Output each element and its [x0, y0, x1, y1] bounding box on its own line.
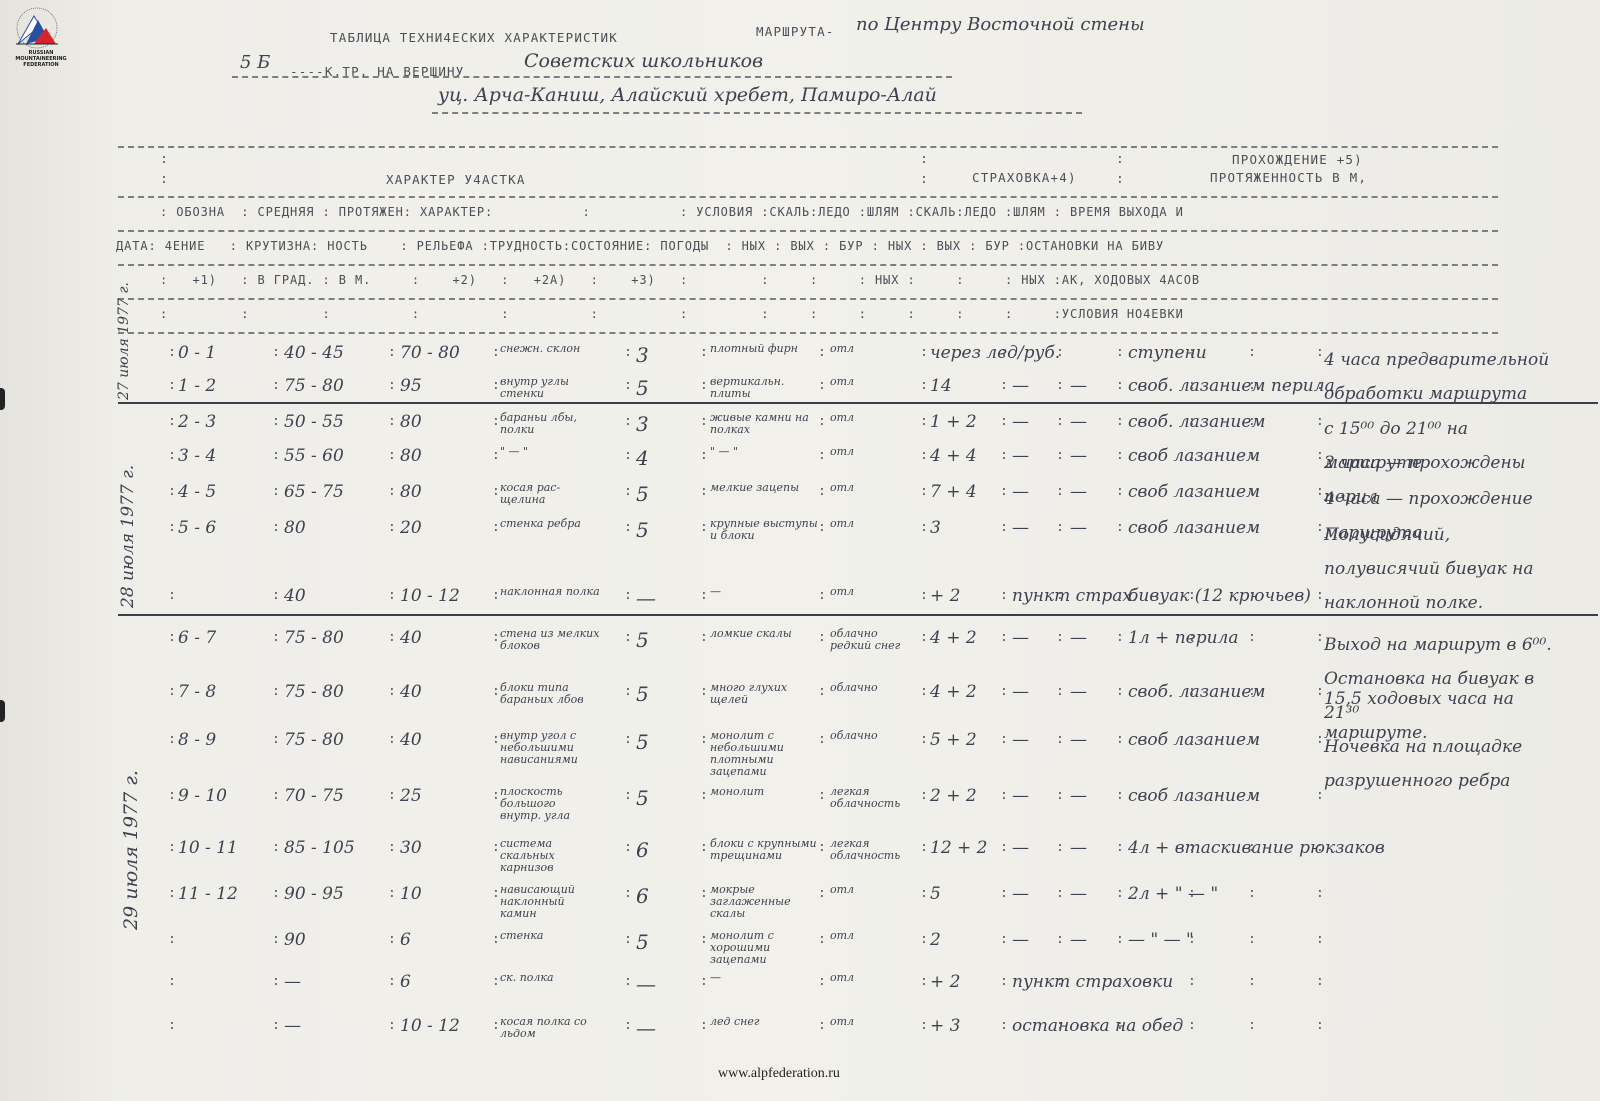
- cell-grade: 5: [636, 682, 649, 706]
- divider: [118, 264, 1498, 266]
- column-separator: :: [920, 414, 928, 429]
- column-separator: :: [1056, 345, 1064, 360]
- column-separator: :: [1188, 788, 1196, 803]
- cell-length: 70 - 80: [400, 343, 460, 363]
- column-separator: :: [700, 840, 708, 855]
- cell-state: монолит с небольшими плотными зацепами: [710, 730, 818, 778]
- cell-belay-ice: —: [1012, 682, 1029, 702]
- column-separator: :: [1056, 732, 1064, 747]
- column-separator: :: [272, 630, 280, 645]
- column-separator: :: [168, 630, 176, 645]
- cell-weather: отл: [830, 884, 920, 896]
- column-separator: :: [624, 448, 632, 463]
- cell-relief: косая полка со льдом: [500, 1016, 600, 1040]
- column-separator: :: [1000, 932, 1008, 947]
- column-separator: :: [1316, 588, 1324, 603]
- column-separator: :: [624, 630, 632, 645]
- cell-belay-ice: —: [1012, 730, 1029, 750]
- column-separator: :: [700, 684, 708, 699]
- column-separator: :: [624, 520, 632, 535]
- column-separator: :: [920, 520, 928, 535]
- cell-pass-rock: бивуак (12 крючьев): [1128, 586, 1311, 606]
- cell-angle: —: [284, 1016, 301, 1036]
- column-separator: :: [920, 378, 928, 393]
- cell-weather: облачно: [830, 682, 920, 694]
- column-separator: :: [700, 732, 708, 747]
- cell-seg: 8 - 9: [178, 730, 216, 750]
- cell-pass-rock: своб. лазанием: [1128, 682, 1266, 702]
- column-separator: :: [1000, 448, 1008, 463]
- cell-grade: 6: [636, 838, 649, 862]
- cell-weather: легкая облачность: [830, 786, 920, 810]
- cell-belay-rock: 12 + 2: [930, 838, 988, 858]
- column-separator: :: [1000, 520, 1008, 535]
- cell-belay-rock: 2: [930, 930, 941, 950]
- column-separator: :: [920, 588, 928, 603]
- cell-weather: отл: [830, 482, 920, 494]
- column-separator: :: [1188, 448, 1196, 463]
- column-separator: :: [624, 886, 632, 901]
- cell-relief: " — ": [500, 446, 600, 458]
- cell-seg: 1 - 2: [178, 376, 216, 396]
- column-separator: :: [1116, 684, 1124, 699]
- column-separator: :: [1316, 840, 1324, 855]
- column-separator: :: [818, 630, 826, 645]
- column-separator: :: [1056, 378, 1064, 393]
- column-separator: :: [272, 732, 280, 747]
- cell-relief: ск. полка: [500, 972, 600, 984]
- cell-relief: блоки типа бараньих лбов: [500, 682, 600, 706]
- cell-length: 80: [400, 412, 422, 432]
- cell-grade: 3: [636, 343, 649, 367]
- cell-grade: 5: [636, 376, 649, 400]
- column-separator: :: [1000, 484, 1008, 499]
- column-separator: :: [492, 840, 500, 855]
- cell-pass-rock: своб. лазанием: [1128, 412, 1266, 432]
- cell-belay-rock: 4 + 4: [930, 446, 977, 466]
- cell-grade: —: [636, 586, 656, 610]
- column-separator: :: [1056, 484, 1064, 499]
- column-separator: :: [624, 345, 632, 360]
- column-separator: :: [818, 484, 826, 499]
- column-separator: :: [818, 345, 826, 360]
- column-separator: :: [1248, 732, 1256, 747]
- column-separator: :: [700, 345, 708, 360]
- peak-value: Советских школьников: [524, 50, 763, 72]
- column-separator: :: [1116, 630, 1124, 645]
- cell-grade: —: [636, 972, 656, 996]
- cell-belay-ice: —: [1012, 376, 1029, 396]
- cell-grade: —: [636, 1016, 656, 1040]
- cell-belay-ice: —: [1012, 628, 1029, 648]
- cell-length: 95: [400, 376, 422, 396]
- cell-relief: внутр угол с небольшими нависаниями: [500, 730, 600, 766]
- column-separator: :: [1248, 630, 1256, 645]
- binder-hole: [0, 388, 5, 410]
- column-separator: :: [700, 932, 708, 947]
- column-separator: :: [168, 345, 176, 360]
- cell-belay-rock: 5: [930, 884, 941, 904]
- column-separator: :: [1248, 684, 1256, 699]
- cell-belay-ice: —: [1012, 482, 1029, 502]
- underline: [432, 112, 1082, 114]
- column-separator: :: [1316, 932, 1324, 947]
- column-separator: :: [920, 932, 928, 947]
- cell-belay-rock: через лед/руб.: [930, 343, 1060, 363]
- column-separator: :: [1116, 414, 1124, 429]
- column-separator: :: [920, 974, 928, 989]
- header-row-3: : +1) : В ГРАД. : В М. : +2) : +2А) : +3…: [160, 273, 1200, 287]
- cell-grade: 5: [636, 482, 649, 506]
- cell-belay-bolt: —: [1070, 786, 1087, 806]
- column-separator: :: [1116, 378, 1124, 393]
- column-separator: :: [1248, 840, 1256, 855]
- day-label: 28 июля 1977 г.: [118, 465, 138, 608]
- cell-length: 80: [400, 482, 422, 502]
- cell-angle: 90 - 95: [284, 884, 344, 904]
- header-group-passage-2: ПРОТЯЖЕННОСТЬ В М,: [1210, 170, 1367, 185]
- column-separator: :: [492, 788, 500, 803]
- column-separator: :: [1116, 974, 1124, 989]
- cell-belay-bolt: —: [1070, 446, 1087, 466]
- cell-seg: 5 - 6: [178, 518, 216, 538]
- cell-length: 40: [400, 628, 422, 648]
- cell-length: 25: [400, 786, 422, 806]
- column-separator: :: [1248, 378, 1256, 393]
- column-separator: :: [1316, 974, 1324, 989]
- cell-belay-ice: —: [1012, 518, 1029, 538]
- cell-seg: 7 - 8: [178, 682, 216, 702]
- cell-angle: 80: [284, 518, 306, 538]
- column-separator: :: [624, 974, 632, 989]
- cell-belay-ice: —: [1012, 838, 1029, 858]
- column-separator: :: [168, 886, 176, 901]
- column-separator: :: [388, 840, 396, 855]
- column-separator: :: [1316, 484, 1324, 499]
- column-separator: :: [388, 414, 396, 429]
- column-separator: :: [700, 788, 708, 803]
- cell-belay-ice: —: [1012, 786, 1029, 806]
- column-separator: :: [492, 630, 500, 645]
- cell-state: монолит: [710, 786, 818, 798]
- column-separator: :: [1316, 684, 1324, 699]
- cell-seg: 3 - 4: [178, 446, 216, 466]
- column-separator: :: [1188, 932, 1196, 947]
- column-separator: :: [1000, 588, 1008, 603]
- cell-belay-bolt: —: [1070, 376, 1087, 396]
- header-group-character: ХАРАКТЕР У4АСТКА: [386, 172, 526, 187]
- column-separator: :: [700, 414, 708, 429]
- column-separator: :: [272, 484, 280, 499]
- route-label: МАРШРУТА-: [756, 24, 835, 39]
- column-separator: :: [168, 788, 176, 803]
- column-separator: :: [1188, 630, 1196, 645]
- column-separator: :: [818, 414, 826, 429]
- column-separator: :: [168, 932, 176, 947]
- cell-length: 10 - 12: [400, 586, 460, 606]
- column-separator: :: [388, 974, 396, 989]
- column-separator: :: [168, 520, 176, 535]
- column-separator: :: [624, 732, 632, 747]
- column-separator: :: [700, 630, 708, 645]
- column-separator: :: [1056, 788, 1064, 803]
- column-separator: :: [920, 448, 928, 463]
- column-separator: :: [1116, 484, 1124, 499]
- divider: [118, 298, 1498, 300]
- divider: [118, 230, 1498, 232]
- column-separator: :: [1248, 1018, 1256, 1033]
- cell-angle: 90: [284, 930, 306, 950]
- column-separator: :: [492, 520, 500, 535]
- column-separator: :: [1316, 732, 1324, 747]
- column-separator: :: [1248, 974, 1256, 989]
- column-separator: :: [388, 886, 396, 901]
- cell-belay-bolt: —: [1070, 482, 1087, 502]
- column-separator: :: [1000, 974, 1008, 989]
- cell-grade: 5: [636, 930, 649, 954]
- column-separator: :: [1248, 886, 1256, 901]
- column-separator: :: [1056, 414, 1064, 429]
- column-separator: :: [818, 974, 826, 989]
- column-separator: :: [624, 840, 632, 855]
- column-separator: :: [1056, 932, 1064, 947]
- column-separator: :: [700, 378, 708, 393]
- cell-notes: Полусидячий, полувисячий бивуак на накло…: [1324, 518, 1564, 620]
- cell-belay-ice: —: [1012, 884, 1029, 904]
- column-separator: :: [1316, 886, 1324, 901]
- underline: [232, 76, 952, 78]
- column-separator: :: [492, 732, 500, 747]
- cell-angle: 75 - 80: [284, 682, 344, 702]
- cell-state: лед снег: [710, 1016, 818, 1028]
- cell-belay-bolt: —: [1070, 930, 1087, 950]
- cell-length: 40: [400, 682, 422, 702]
- cell-seg: 4 - 5: [178, 482, 216, 502]
- cell-length: 30: [400, 838, 422, 858]
- cell-seg: 0 - 1: [178, 343, 216, 363]
- cell-angle: 40: [284, 586, 306, 606]
- cell-weather: отл: [830, 446, 920, 458]
- header-row-2: ДАТА: 4ЕНИЕ : КРУТИЗНА: НОСТЬ : РЕЛЬЕФА …: [116, 239, 1164, 253]
- column-separator: :: [1000, 788, 1008, 803]
- column-separator: :: [388, 1018, 396, 1033]
- column-separator: :: [700, 520, 708, 535]
- column-separator: :: [388, 732, 396, 747]
- cell-weather: отл: [830, 586, 920, 598]
- cell-angle: 40 - 45: [284, 343, 344, 363]
- column-separator: :: [818, 684, 826, 699]
- column-separator: :: [1188, 886, 1196, 901]
- cell-belay-bolt: —: [1070, 838, 1087, 858]
- column-separator: :: [700, 588, 708, 603]
- column-separator: :: [272, 588, 280, 603]
- cell-weather: отл: [830, 412, 920, 424]
- column-separator: :: [818, 448, 826, 463]
- cell-belay-rock: 14: [930, 376, 952, 396]
- document-title: ТАБЛИЦА ТЕХНИ4ЕСКИХ ХАРАКТЕРИСТИК: [330, 30, 618, 45]
- column-separator: :: [492, 378, 500, 393]
- column-separator: :: [492, 684, 500, 699]
- column-separator: :: [1248, 788, 1256, 803]
- binder-hole: [0, 700, 5, 722]
- cell-relief: снежн. склон: [500, 343, 600, 355]
- cell-relief: стенка: [500, 930, 600, 942]
- column-separator: :: [272, 932, 280, 947]
- column-separator: :: [1188, 684, 1196, 699]
- column-separator: :: [1248, 520, 1256, 535]
- cell-weather: отл: [830, 930, 920, 942]
- cell-belay-rock: 7 + 4: [930, 482, 977, 502]
- header-row-4: : : : : : : : : : : : : : :УСЛОВИЯ НО4ЕВ…: [160, 307, 1184, 321]
- column-separator: :: [388, 684, 396, 699]
- category-value: 5 Б: [240, 52, 270, 73]
- column-separator: :: [1056, 520, 1064, 535]
- column-separator: :: [624, 684, 632, 699]
- column-separator: :: [492, 932, 500, 947]
- column-separator: :: [1056, 840, 1064, 855]
- column-separator: :: [920, 630, 928, 645]
- cell-state: крупные выступы и блоки: [710, 518, 818, 542]
- cell-state: мелкие зацепы: [710, 482, 818, 494]
- cell-weather: отл: [830, 376, 920, 388]
- cell-angle: 55 - 60: [284, 446, 344, 466]
- column-separator: :: [492, 1018, 500, 1033]
- column-separator: :: [920, 840, 928, 855]
- column-separator: :: [624, 932, 632, 947]
- cell-belay-ice: —: [1012, 446, 1029, 466]
- column-separator: :: [168, 448, 176, 463]
- column-separator: :: [920, 732, 928, 747]
- cell-belay-rock: 2 + 2: [930, 786, 977, 806]
- cell-relief: бараньи лбы, полки: [500, 412, 600, 436]
- column-separator: :: [388, 588, 396, 603]
- column-separator: :: [920, 886, 928, 901]
- cell-pass-rock: 2л + " — ": [1128, 884, 1218, 904]
- column-separator: :: [388, 448, 396, 463]
- cell-relief: стена из мелких блоков: [500, 628, 600, 652]
- column-separator: :: [920, 345, 928, 360]
- route-value: по Центру Восточной стены: [856, 14, 1145, 35]
- column-separator: :: [818, 520, 826, 535]
- cell-angle: 75 - 80: [284, 376, 344, 396]
- column-separator: :: [1248, 414, 1256, 429]
- column-separator: :: [1000, 378, 1008, 393]
- cell-grade: 5: [636, 518, 649, 542]
- column-separator: :: [1000, 684, 1008, 699]
- column-separator: :: [1316, 378, 1324, 393]
- cell-weather: отл: [830, 518, 920, 530]
- cell-pass-rock: — " — ": [1128, 930, 1194, 950]
- column-separator: :: [1188, 588, 1196, 603]
- cell-state: монолит с хорошими зацепами: [710, 930, 818, 966]
- column-separator: :: [818, 886, 826, 901]
- column-separator: :: [1056, 1018, 1064, 1033]
- column-separator: :: [168, 414, 176, 429]
- cell-relief: нависающий наклонный камин: [500, 884, 600, 920]
- cell-relief: плоскость большого внутр. угла: [500, 786, 600, 822]
- column-separator: :: [1116, 886, 1124, 901]
- column-separator: :: [1316, 520, 1324, 535]
- cell-weather: легкая облачность: [830, 838, 920, 862]
- column-separator: :: [1000, 840, 1008, 855]
- column-separator: :: [624, 484, 632, 499]
- column-separator: :: [624, 414, 632, 429]
- cell-relief: внутр углы стенки: [500, 376, 600, 400]
- column-separator: :: [818, 732, 826, 747]
- column-separator: :: [492, 588, 500, 603]
- column-separator: :: [1116, 448, 1124, 463]
- column-separator: :: [1316, 630, 1324, 645]
- cell-notes: Ночевка на площадке разрушенного ребра: [1324, 730, 1564, 798]
- cell-relief: система скальных карнизов: [500, 838, 600, 874]
- column-separator: :: [492, 886, 500, 901]
- column-separator: :: [272, 520, 280, 535]
- column-separator: :: [1000, 886, 1008, 901]
- cell-length: 6: [400, 972, 411, 992]
- federation-logo: RUSSIAN MOUNTAINEERING FEDERATION: [6, 6, 68, 68]
- column-separator: :: [388, 484, 396, 499]
- column-separator: :: [1056, 630, 1064, 645]
- column-separator: :: [818, 840, 826, 855]
- cell-belay-rock: 4 + 2: [930, 628, 977, 648]
- column-separator: :: [1248, 448, 1256, 463]
- cell-pass-rock: 4л + втаскивание рюкзаков: [1128, 838, 1385, 858]
- logo-line: FEDERATION: [6, 62, 76, 68]
- column-separator: :: [1000, 1018, 1008, 1033]
- column-separator: :: [272, 378, 280, 393]
- column-separator: :: [818, 932, 826, 947]
- column-separator: :: [1316, 345, 1324, 360]
- cell-state: —: [710, 972, 818, 984]
- column-separator: :: [272, 1018, 280, 1033]
- header-group-passage: ПРОХОЖДЕНИЕ +5): [1232, 152, 1363, 167]
- cell-belay-ice: пункт страховки: [1012, 972, 1173, 992]
- cell-weather: отл: [830, 972, 920, 984]
- column-separator: :: [1248, 588, 1256, 603]
- cell-length: 10: [400, 884, 422, 904]
- column-separator: :: [492, 484, 500, 499]
- cell-belay-rock: + 3: [930, 1016, 960, 1036]
- column-separator: :: [700, 1018, 708, 1033]
- column-separator: :: [1000, 732, 1008, 747]
- mountain-icon: [6, 6, 68, 50]
- column-separator: :: [1116, 840, 1124, 855]
- cell-weather: отл: [830, 343, 920, 355]
- cell-grade: 4: [636, 446, 649, 470]
- column-separator: :: [388, 345, 396, 360]
- column-separator: :: [1000, 345, 1008, 360]
- column-separator: :: [920, 788, 928, 803]
- cell-weather: отл: [830, 1016, 920, 1028]
- column-separator: :: [700, 974, 708, 989]
- column-separator: :: [624, 588, 632, 603]
- column-separator: :: [1056, 974, 1064, 989]
- column-separator: :: [920, 484, 928, 499]
- cell-angle: 85 - 105: [284, 838, 355, 858]
- cell-angle: 65 - 75: [284, 482, 344, 502]
- column-separator: :: [700, 886, 708, 901]
- column-separator: :: [388, 932, 396, 947]
- column-separator: :: [272, 788, 280, 803]
- cell-state: блоки с крупными трещинами: [710, 838, 818, 862]
- cell-seg: 2 - 3: [178, 412, 216, 432]
- column-separator: :: [1188, 974, 1196, 989]
- column-separator: :: [168, 732, 176, 747]
- column-separator: :: [168, 588, 176, 603]
- cell-angle: 75 - 80: [284, 730, 344, 750]
- footer-url: www.alpfederation.ru: [718, 1066, 840, 1082]
- column-separator: :: [624, 378, 632, 393]
